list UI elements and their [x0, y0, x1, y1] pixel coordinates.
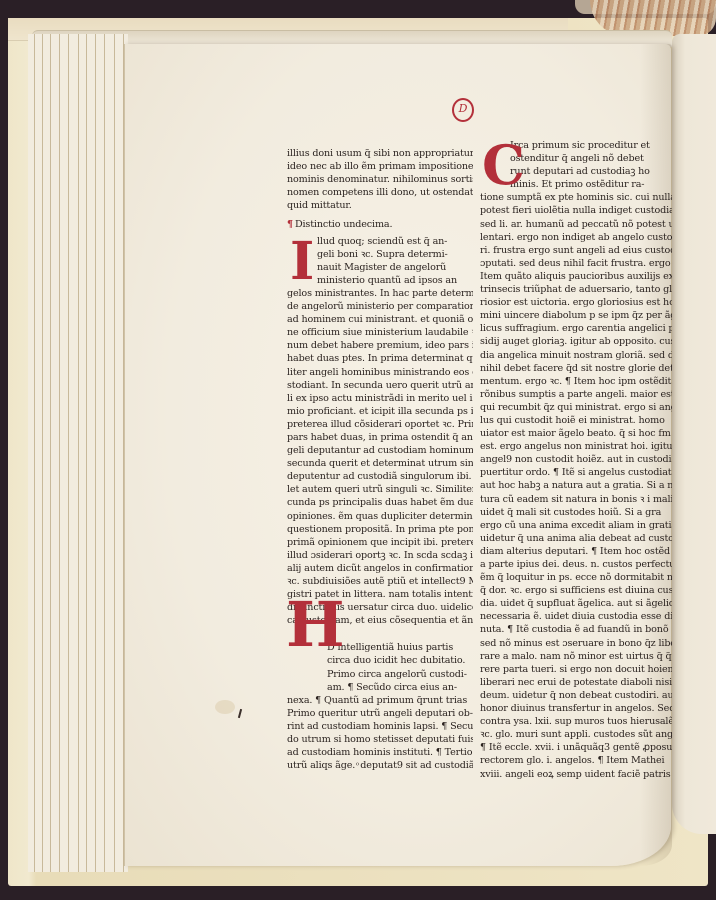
left-text-column: illius doni usum q̃ sibi non appropriatu…: [287, 147, 473, 772]
page-edge: [42, 34, 43, 872]
text-line: aut hoc habꝫ a natura aut a gratia. Si a…: [480, 479, 672, 492]
text-line: opiniones. ẽm quas dupliciter determinat: [287, 510, 473, 523]
text-line: uiator est maior ãgelo beato. q̃ si hoc …: [480, 427, 672, 440]
facing-page-edge: [672, 34, 716, 834]
text-line: uidet q̃ mali sit custodes hoiũ. Si a gr…: [480, 506, 672, 519]
text-line: rare a malo. nam nõ minor est uirtus q̃ …: [480, 650, 672, 663]
page-edge: [104, 34, 105, 872]
text-line: uidetur q̃ una anima alia debeat ad cust…: [480, 532, 672, 545]
text-line: ergo cũ una anima excedit aliam in grati…: [480, 519, 672, 532]
text-line: nexa. ¶ Quantũ ad primum q̃runt trias: [287, 694, 473, 707]
text-line: Item quãto aliquis paucioribus auxilijs …: [480, 270, 672, 283]
text-line: geli deputantur ad custodiam hominum. in: [287, 444, 473, 457]
text-line: sidij auget gloriaꝫ. igitur ab opposito.…: [480, 335, 672, 348]
text-line: de angelorũ ministerio per comparationes: [287, 300, 473, 313]
text-line: let autem queri utrũ singuli ꝛc. Similit…: [287, 483, 473, 496]
page-edge: [34, 34, 35, 872]
text-line: quid mittatur.: [287, 199, 473, 212]
text-line: ri. frustra ergo sunt angeli ad eius cus…: [480, 244, 672, 257]
text-line: nuta. ¶ Itẽ custodia ẽ ad fuandũ in bonõ: [480, 623, 672, 636]
text-line: illius doni usum q̃ sibi non appropriatu…: [287, 147, 473, 160]
text-line: rõnibus sumptis a parte angeli. maior es…: [480, 388, 672, 401]
text-line: tura cũ eadem sit natura in bonis ꝛ i ma…: [480, 493, 672, 506]
text-line: ad hominem cui ministrant. et quoniã om-: [287, 313, 473, 326]
text-line: deum. uidetur q̃ non debeat custodiri. a…: [480, 689, 672, 702]
text-line: rint ad custodiam hominis lapsi. ¶ Secun: [287, 720, 473, 733]
text-line: mentum. ergo ꝛc. ¶ Item hoc ipm ostẽdit: [480, 375, 672, 388]
text-line: Primo circa angelorũ custodi-: [287, 668, 473, 681]
text-line: lus qui custodit hoiẽ ei ministrat. homo: [480, 414, 672, 427]
page-edge: [59, 34, 60, 872]
text-line: do utrum si homo stetisset deputati fuis…: [287, 733, 473, 746]
text-line: sed nõ minus est ɔseruare in bono q̃z li…: [480, 637, 672, 650]
text-line: ideo nec ab illo ẽm primam impositionem: [287, 160, 473, 173]
text-line: questionem propositã. In prima pte ponit: [287, 523, 473, 536]
text-line: trinsecis triũphat de aduersario, tanto …: [480, 283, 672, 296]
text-line: deputentur ad custodiã singulorum ibi. f…: [287, 470, 473, 483]
right-text-column: Irca primum sic proceditur et ostenditur…: [480, 139, 672, 781]
text-line: angel9 non custodit hoiẽz. aut in custod…: [480, 453, 672, 466]
text-line: qui recumbit q̃z qui ministrat. ergo si …: [480, 401, 672, 414]
text-line: nomen competens illi dono, ut ostendat a…: [287, 186, 473, 199]
text-line: contra ysa. lxii. sup muros tuos hierusa…: [480, 715, 672, 728]
text-line: utrũ aliqs ãge. ͦ deputat9 sit ad custod…: [287, 759, 473, 772]
text-line: dia. uidet q̃ supfluat ãgelica. aut si ã…: [480, 597, 672, 610]
text-line: preterea illud cõsiderari oportet ꝛc. Pr…: [287, 418, 473, 431]
text-line: Primo queritur utrũ angeli deputari ob-: [287, 707, 473, 720]
text-line: mini uincere diabolum p se ipm q̃z per ã…: [480, 309, 672, 322]
text-line: rectorem glo. i. angelos. ¶ Item Mathei: [480, 754, 672, 767]
text-line: alij autem dicũt angelos in confirmation…: [287, 562, 473, 575]
text-line: ẽm q̃ loquitur in ps. ecce nõ dormitabit…: [480, 571, 672, 584]
text-line: honor diuinus transfertur in angelos. Se…: [480, 702, 672, 715]
text-line: nihil debet facere q̃d sit nostre glorie…: [480, 362, 672, 375]
distinction-heading: ¶Distinctio undecima.: [287, 218, 473, 231]
page-edge: [95, 34, 96, 872]
text-line: cunda ps principalis duas habet ẽm duas: [287, 496, 473, 509]
page-edge: [78, 34, 79, 872]
text-line: necessaria ẽ. uidet diuia custodia esse …: [480, 610, 672, 623]
text-line: nominis denominatur. nihilominus sortis: [287, 173, 473, 186]
text-line: lentari. ergo non indiget ab angelo cust…: [480, 231, 672, 244]
page-edge: [86, 34, 87, 872]
text-line: ɔputati. sed deus nihil facit frustra. e…: [480, 257, 672, 270]
text-line: rere parta tueri. si ergo non docuit hoi…: [480, 663, 672, 676]
text-line: est. ergo angelus non ministrat hoi. igi…: [480, 440, 672, 453]
page-stack: [28, 34, 128, 872]
text-line: gelos ministrantes. In hac parte determi…: [287, 287, 473, 300]
text-line: mio proficiant. et icipit illa secunda p…: [287, 405, 473, 418]
text-line: a parte ipius dei. deus. n. custos perfe…: [480, 558, 672, 571]
text-line: diam alterius deputari. ¶ Item hoc ostẽd: [480, 545, 672, 558]
text-line: liberari nec erui de potestate diaboli n…: [480, 676, 672, 689]
rubricated-initial-c: C: [482, 138, 525, 192]
text-line: ꝛc. subdiuisiões autẽ ptiũ et intellect9…: [287, 575, 473, 588]
text-line: habet duas ptes. In prima determinat qua: [287, 352, 473, 365]
rubricated-initial-h: H: [286, 594, 345, 656]
text-line: liter angeli hominibus ministrando eos c…: [287, 366, 473, 379]
text-line: num debet habere premium, ideo pars illa: [287, 339, 473, 352]
page-edge: [50, 34, 51, 872]
text-line: nauit Magister de angelorũ: [287, 261, 473, 274]
text-line: sed li. ar. humanũ ad peccatũ nõ potest …: [480, 218, 672, 231]
page-edge: [68, 34, 69, 872]
text-line: geli boni ꝛc. Supra determi-: [287, 248, 473, 261]
page-edge: [114, 34, 115, 872]
text-line: q̃ dor. ꝛc. ergo si sufficiens est diuin…: [480, 584, 672, 597]
text-line: dia angelica minuit nostram gloriã. sed …: [480, 349, 672, 362]
text-line: ministerio quantũ ad ipsos an: [287, 274, 473, 287]
text-line: riosior est uictoria. ergo gloriosius es…: [480, 296, 672, 309]
text-line: ¶ Itẽ eccle. xvii. i unãquãq3 gentẽ ꝓpos…: [480, 741, 672, 754]
text-line: primã opinionem que incipit ibi. pretere…: [287, 536, 473, 549]
text-line: pars habet duas, in prima ostendit q̃ an…: [287, 431, 473, 444]
text-line: secunda querit et determinat utrum singl…: [287, 457, 473, 470]
text-line: xviii. angeli eoꝝ semp uident faciẽ patr…: [480, 768, 672, 781]
rubricated-initial-i: I: [290, 236, 314, 288]
text-line: puertitur ordo. ¶ Itẽ si angelus custodi…: [480, 466, 672, 479]
text-line: ne officium siue ministerium laudabile ꝛ…: [287, 326, 473, 339]
text-line: ꝛc. glo. muri sunt appli. custodes sũt a…: [480, 728, 672, 741]
paper-stain: [215, 700, 235, 714]
text-line: li ex ipso actu ministrãdi in merito uel…: [287, 392, 473, 405]
folio-mark: D: [452, 98, 474, 122]
text-line: llud quoq; sciendũ est q̃ an-: [287, 235, 473, 248]
text-line: ad custodiam hominis instituti. ¶ Tertio: [287, 746, 473, 759]
text-line: licus suffragium. ergo carentia angelici…: [480, 322, 672, 335]
heading-text: Distinctio undecima.: [295, 219, 392, 230]
pilcrow-icon: ¶: [287, 219, 293, 230]
text-line: illud ɔsiderari oportꝫ ꝛc. In scda scdaꝫ…: [287, 549, 473, 562]
text-line: am. ¶ Secũdo circa eius an-: [287, 681, 473, 694]
text-line: potest fieri uiolẽtia nulla indiget cust…: [480, 204, 672, 217]
text-line: stodiant. In secunda uero querit utrũ an…: [287, 379, 473, 392]
